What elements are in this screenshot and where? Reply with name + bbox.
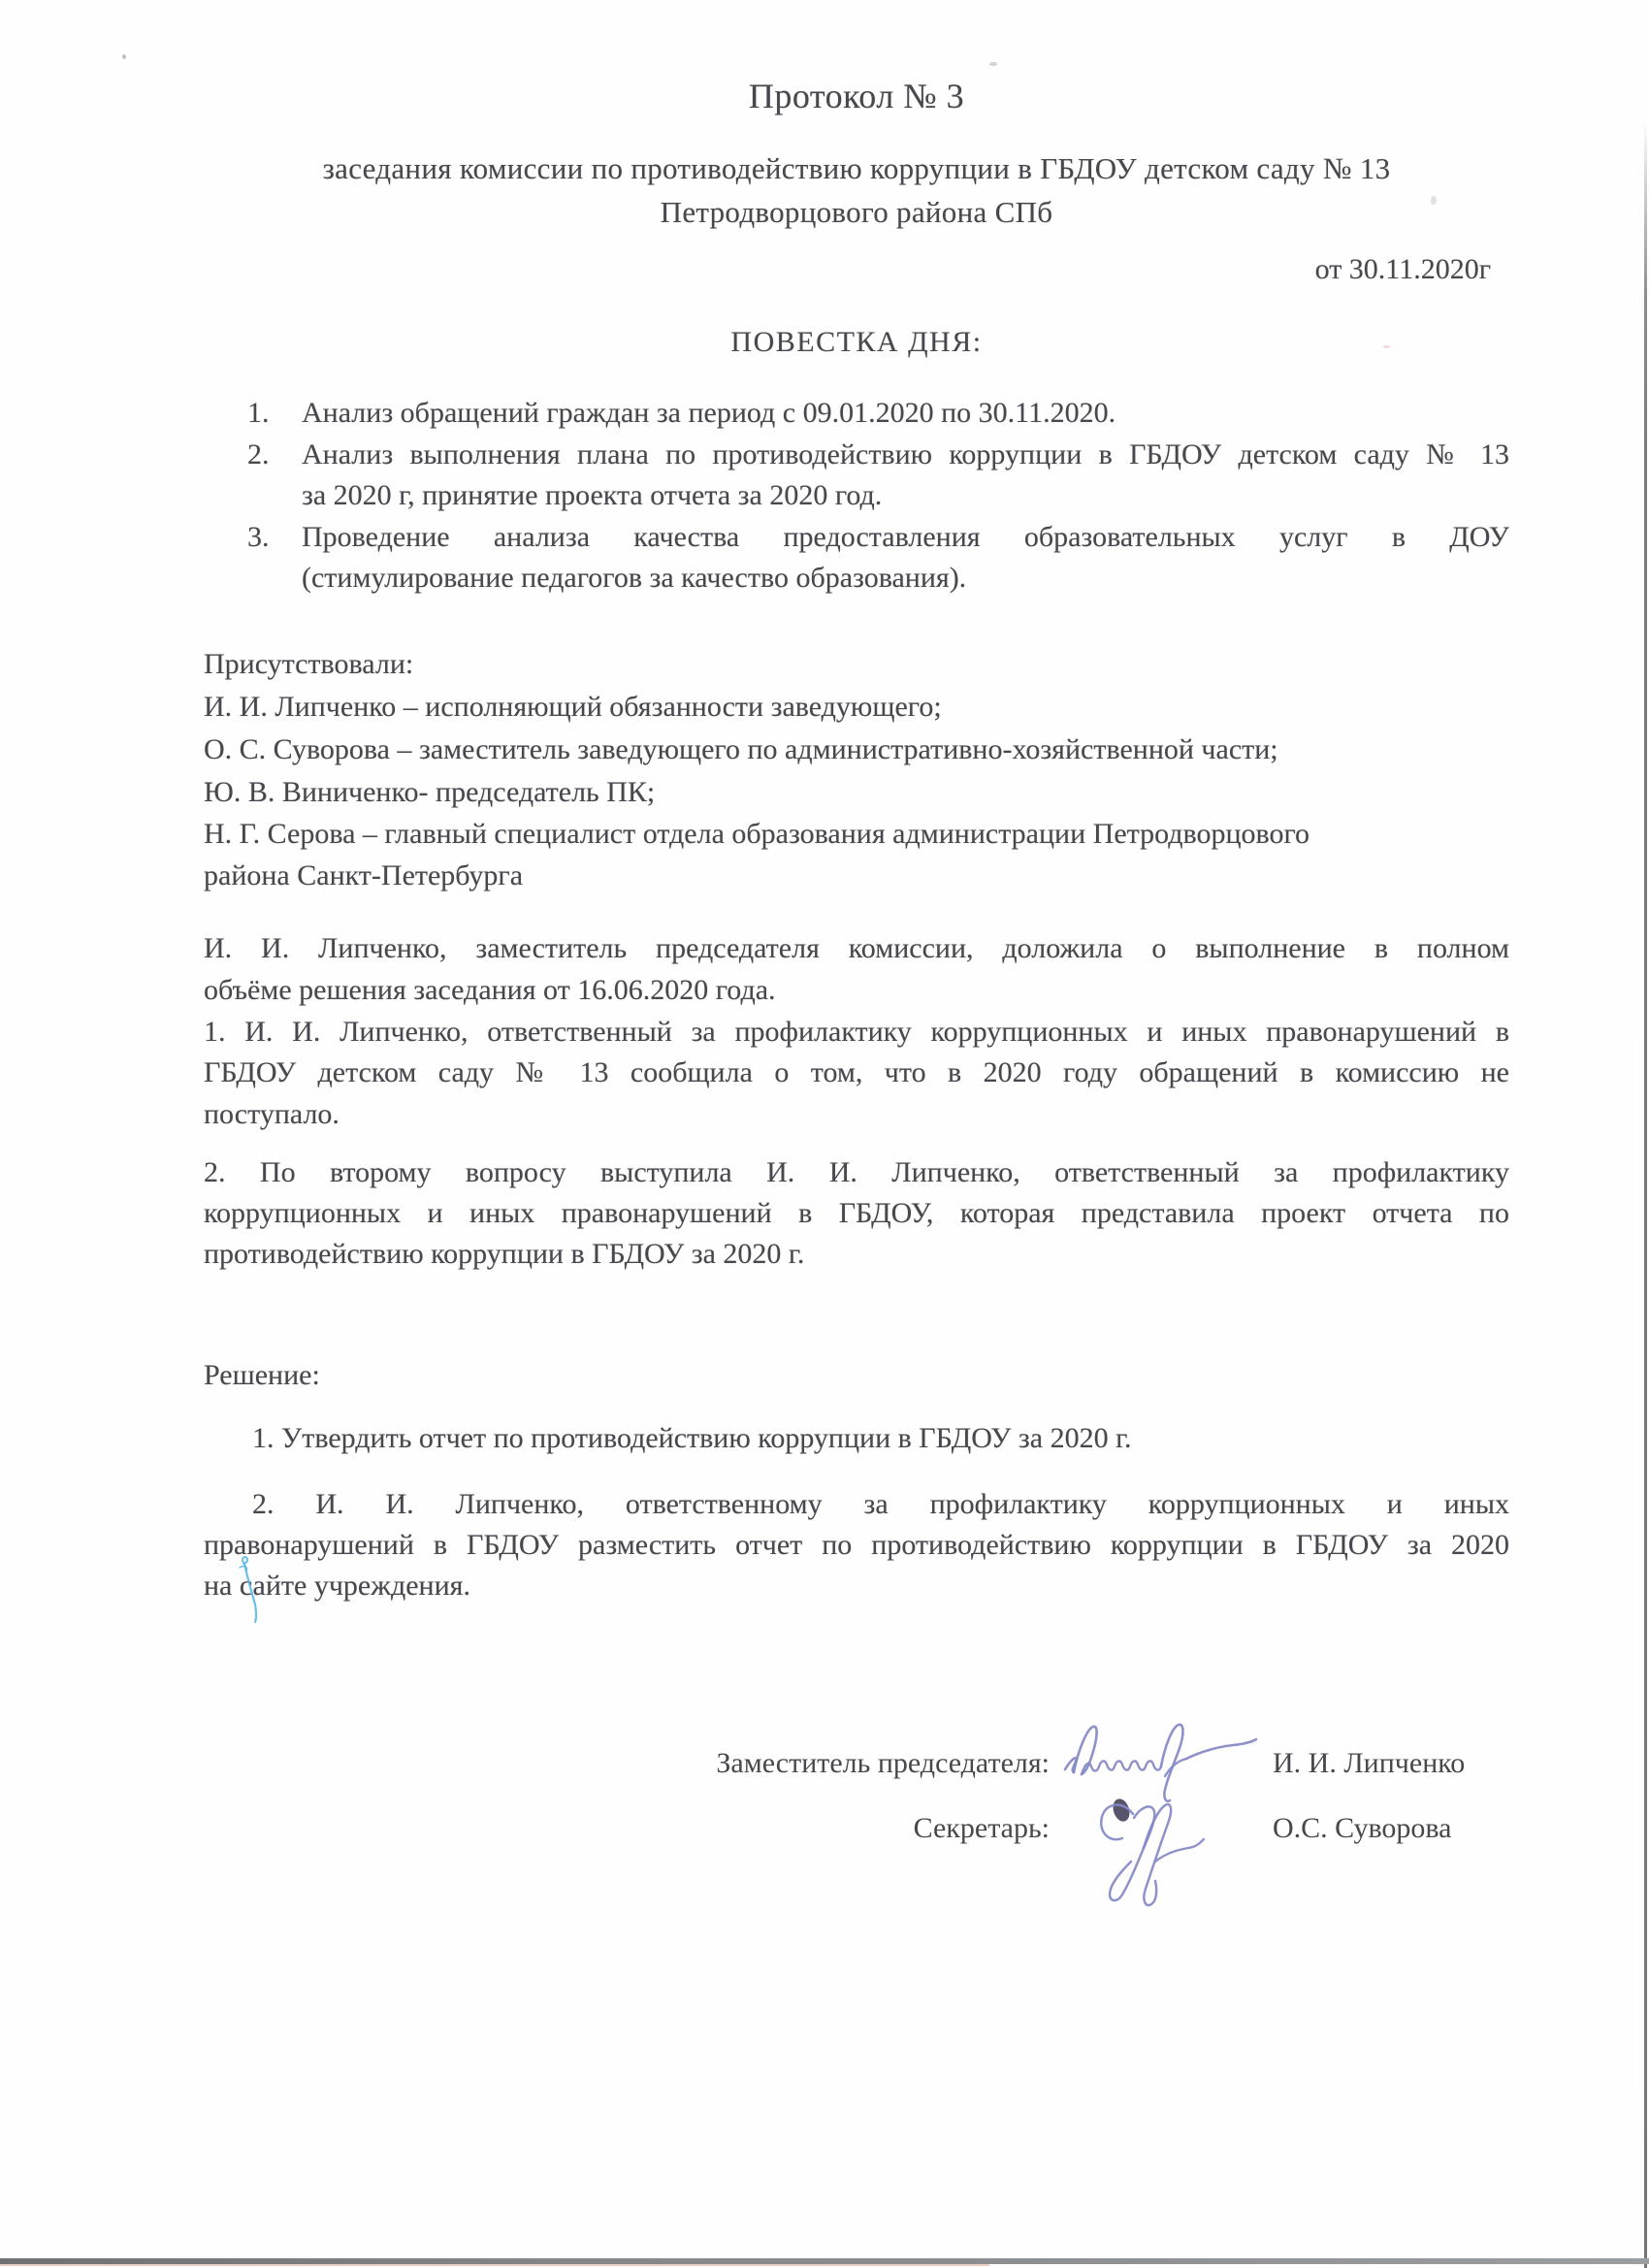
attendee-line-5: района Санкт-Петербурга	[204, 855, 1509, 896]
agenda-item-2-line-2: за 2020 г, принятие проекта отчета за 20…	[302, 474, 1509, 516]
paragraph-1-line-3: 1. И. И. Липченко, ответственный за проф…	[204, 1011, 1509, 1053]
document-page: Протокол № 3 заседания комиссии по проти…	[0, 0, 1649, 2268]
attendee-line-2: О. С. Суворова – заместитель заведующего…	[204, 729, 1509, 770]
paragraph-2-line-1: 2. По второму вопросу выступила И. И. Ли…	[204, 1151, 1509, 1193]
agenda-item-3-line-2: (стимулирование педагогов за качество об…	[302, 557, 1509, 599]
decision-item-2-line-1: 2. И. И. Липченко, ответственному за про…	[204, 1483, 1509, 1525]
agenda-item-1-line: Анализ обращений граждан за период с 09.…	[302, 392, 1509, 434]
agenda-item-1-number: 1.	[247, 392, 270, 434]
agenda-item-3: 3. Проведение анализа качества предостав…	[204, 516, 1509, 558]
attendee-line-4: Н. Г. Серова – главный специалист отдела…	[204, 813, 1509, 855]
paragraph-2-line-2: коррупционных и иных правонарушений в ГБ…	[204, 1192, 1509, 1234]
document-date: от 30.11.2020г	[204, 248, 1509, 290]
scan-speck	[1383, 345, 1390, 348]
scan-speck	[989, 62, 997, 66]
decision-heading: Решение:	[204, 1354, 1509, 1396]
signature-row-deputy-chair: Заместитель председателя: И. И. Липченко	[204, 1742, 1509, 1784]
agenda-item-3-line-1: Проведение анализа качества предоставлен…	[302, 516, 1509, 558]
paragraph-1-line-4: ГБДОУ детском саду № 13 сообщила о том, …	[204, 1052, 1509, 1093]
decision-item-1: 1. Утвердить отчет по противодействию ко…	[204, 1417, 1558, 1459]
agenda-item-2-continuation: за 2020 г, принятие проекта отчета за 20…	[204, 474, 1509, 516]
signature-row-secretary: Секретарь: О.С. Суворова	[204, 1807, 1509, 1849]
agenda-item-1: 1. Анализ обращений граждан за период с …	[204, 392, 1509, 434]
scan-speck	[122, 54, 126, 59]
agenda-heading: ПОВЕСТКА ДНЯ:	[204, 321, 1509, 363]
agenda-item-2: 2. Анализ выполнения плана по противодей…	[204, 434, 1509, 475]
paragraph-1-line-2: объёме решения заседания от 16.06.2020 г…	[204, 969, 1509, 1011]
attendee-line-3: Ю. В. Виниченко- председатель ПК;	[204, 771, 1509, 813]
agenda-item-2-line-1: Анализ выполнения плана по противодейств…	[302, 434, 1509, 475]
document-title: Протокол № 3	[204, 74, 1509, 118]
agenda-item-3-continuation: (стимулирование педагогов за качество об…	[204, 557, 1509, 599]
signature-name-deputy-chair: И. И. Липченко	[1273, 1742, 1465, 1784]
scan-bottom-color-fringe	[0, 2264, 989, 2266]
signature-label-deputy-chair: Заместитель председателя:	[204, 1742, 1050, 1784]
agenda-item-3-number: 3.	[247, 516, 270, 558]
document-subtitle-line-1: заседания комиссии по противодействию ко…	[204, 146, 1509, 190]
document-subtitle-line-2: Петродворцового района СПб	[204, 190, 1509, 234]
attendee-line-1: И. И. Липченко – исполняющий обязанности…	[204, 686, 1509, 728]
signature-label-secretary: Секретарь:	[204, 1807, 1050, 1849]
attendees-heading: Присутствовали:	[204, 643, 1509, 685]
signature-name-secretary: О.С. Суворова	[1273, 1807, 1451, 1849]
paragraph-1-line-5: поступало.	[204, 1093, 1509, 1135]
agenda-item-2-number: 2.	[247, 434, 270, 475]
decision-item-2-line-3: на сайте учреждения.	[204, 1565, 1509, 1606]
scan-edge-line	[1644, 121, 1647, 2268]
paragraph-2-line-3: противодействию коррупции в ГБДОУ за 202…	[204, 1233, 1509, 1275]
decision-item-2-line-2: правонарушений в ГБДОУ разместить отчет …	[204, 1524, 1509, 1566]
paragraph-1-line-1: И. И. Липченко, заместитель председателя…	[204, 927, 1509, 969]
